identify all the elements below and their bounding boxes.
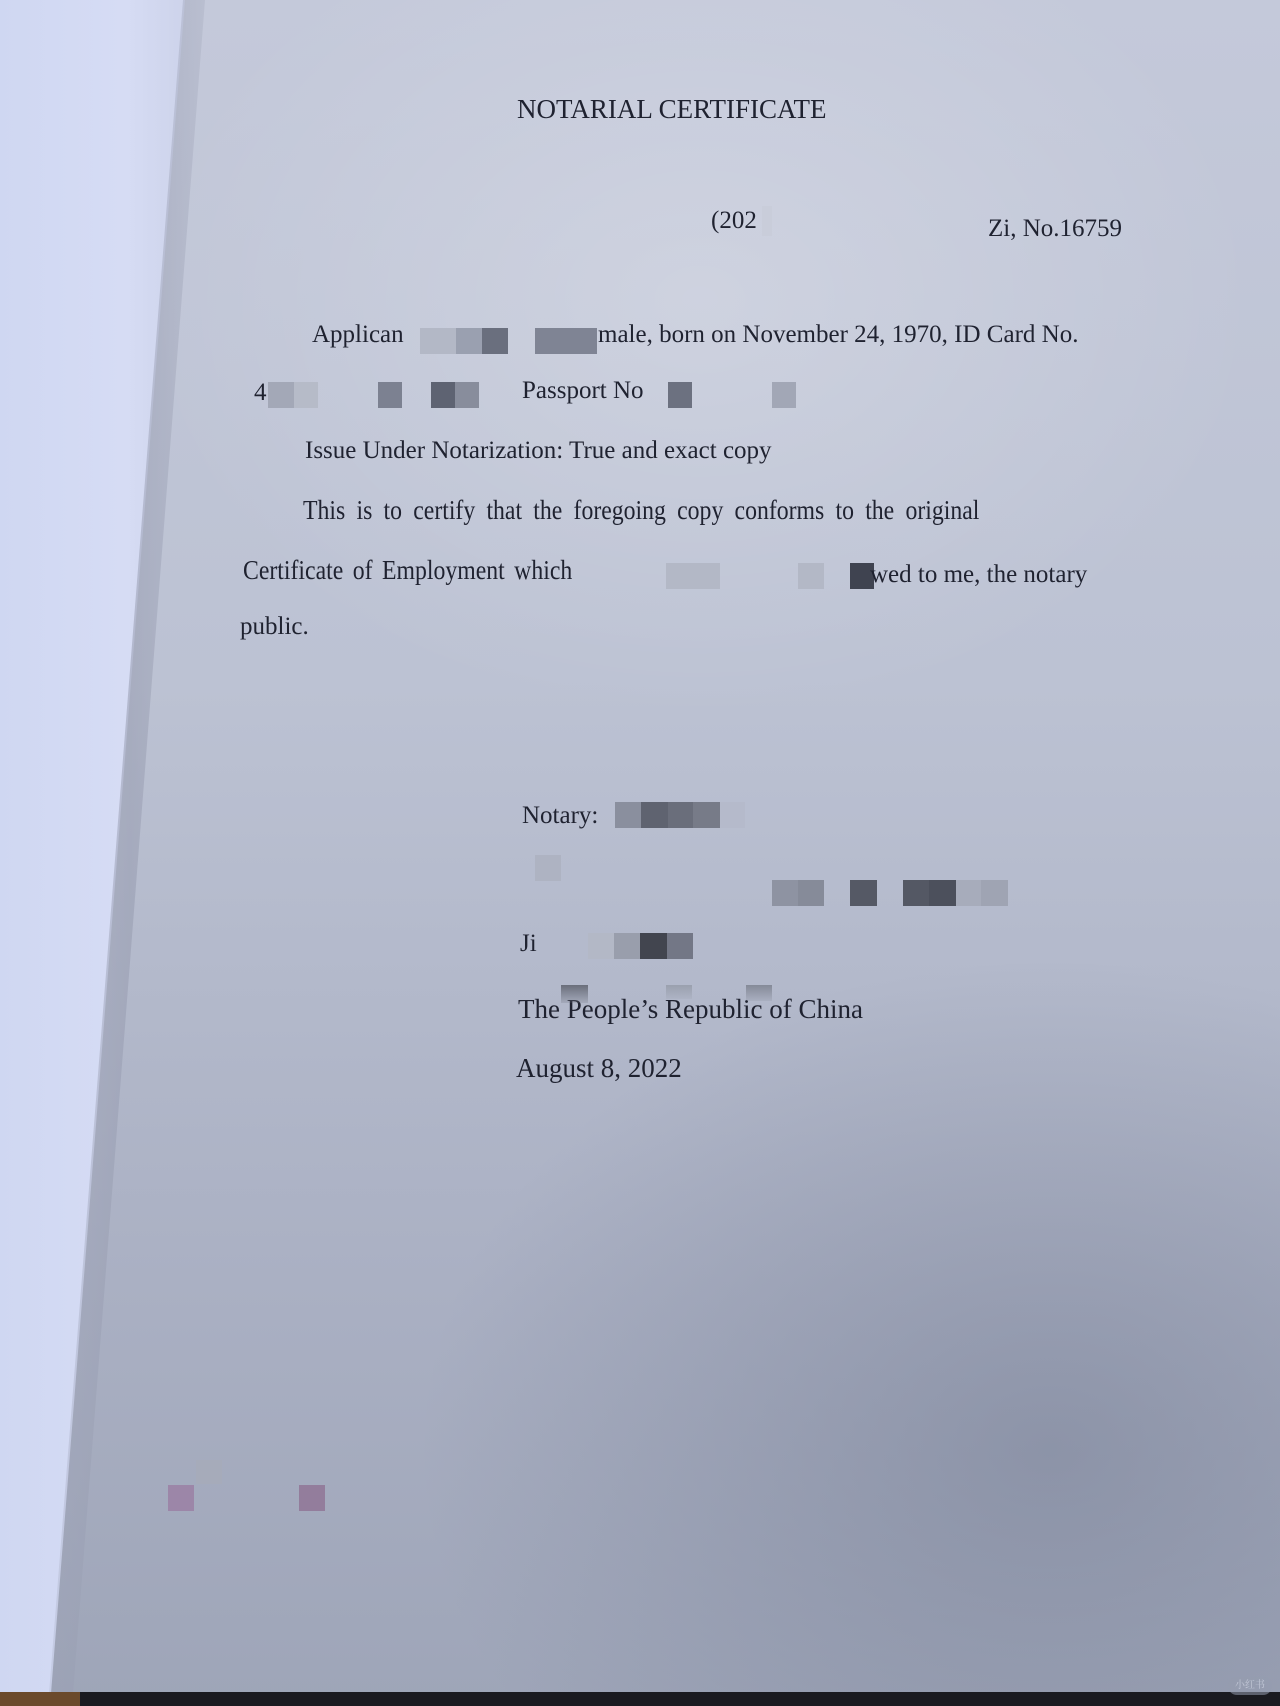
redaction-block: [903, 880, 929, 906]
issue-under-notarization: Issue Under Notarization: True and exact…: [305, 438, 772, 463]
redaction-block: [772, 382, 796, 408]
redaction-block: [693, 802, 720, 828]
seal-mark: [299, 1485, 325, 1511]
redaction-block: [614, 933, 640, 959]
redaction-block: [615, 802, 641, 828]
redaction-block: [641, 802, 668, 828]
redaction-block: [798, 880, 824, 906]
redaction-block: [561, 985, 588, 1003]
passport-label: Passport No: [522, 378, 644, 403]
redaction-block: [588, 933, 614, 959]
id-card-prefix: 4: [254, 380, 267, 405]
redaction-block: [746, 985, 772, 1001]
redaction-block: [431, 382, 455, 408]
redaction-block: [956, 880, 981, 906]
redaction-block: [535, 855, 561, 881]
certify-line-1: This is to certify that the foregoing co…: [303, 497, 979, 524]
redaction-block: [850, 880, 877, 906]
redaction-block: [378, 382, 402, 408]
certify-line-2-end: wed to me, the notary: [870, 562, 1087, 587]
redaction-block: [798, 563, 824, 589]
redaction-block: [666, 563, 720, 589]
certify-line-3: public.: [240, 614, 309, 639]
redaction-block: [929, 880, 956, 906]
redaction-block: [720, 802, 745, 828]
redaction-block: [268, 382, 294, 408]
redaction-block: [640, 933, 667, 959]
reference-number: Zi, No.16759: [988, 216, 1122, 241]
redaction-block: [668, 802, 693, 828]
redaction-block: [196, 1460, 222, 1484]
reference-year: (202: [711, 208, 757, 233]
redaction-block: [762, 206, 772, 236]
redaction-block: [667, 933, 693, 959]
watermark-badge: 小红书: [1228, 1677, 1272, 1695]
redaction-block: [772, 880, 798, 906]
applicant-label: Applican: [312, 322, 404, 347]
redaction-block: [420, 328, 456, 354]
redaction-block: [668, 382, 692, 408]
redaction-block: [294, 382, 318, 408]
redaction-block: [981, 880, 1008, 906]
table-surface: [0, 1692, 1280, 1706]
document-title: NOTARIAL CERTIFICATE: [517, 96, 826, 123]
certify-line-2-start: Certificate of Employment which: [243, 557, 572, 584]
applicant-details: male, born on November 24, 1970, ID Card…: [598, 322, 1078, 347]
redaction-block: [455, 382, 479, 408]
seal-mark: [168, 1485, 194, 1511]
redaction-block: [456, 328, 482, 354]
redaction-block: [666, 985, 692, 999]
redaction-block: [482, 328, 508, 354]
certificate-date: August 8, 2022: [516, 1055, 682, 1082]
notary-label: Notary:: [522, 803, 598, 828]
document-page: [0, 0, 1280, 1706]
office-prefix: Ji: [520, 931, 537, 956]
photo-scene: NOTARIAL CERTIFICATE (202 Zi, No.16759 A…: [0, 0, 1280, 1706]
redaction-block: [535, 328, 597, 354]
